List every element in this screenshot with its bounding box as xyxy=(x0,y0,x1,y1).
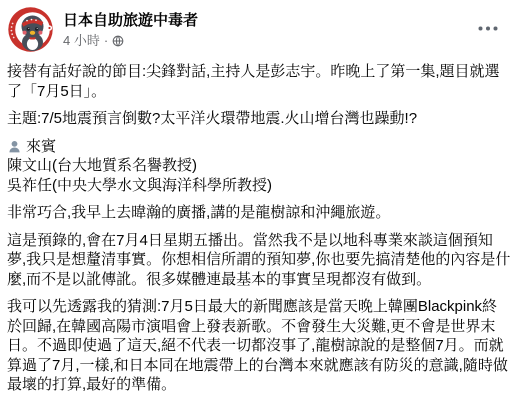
post-paragraph: 主題:7/5地震預言倒數?太平洋火環帶地震.火山增台灣也躁動!? xyxy=(7,109,511,129)
meta-separator: · xyxy=(104,33,108,49)
ellipsis-icon xyxy=(478,26,498,31)
post-content: 接替有話好說的節目:尖鋒對話,主持人是彭志宇。昨晚上了第一集,題目就選了「7月5… xyxy=(0,52,518,395)
guest-name-line: 吳祚任(中央大學水文與海洋科學所教授) xyxy=(7,176,511,196)
post-paragraph: 我可以先透露我的猜測:7月5日最大的新聞應該是當天晚上韓團Blackpink終於… xyxy=(7,297,511,395)
header-meta: 日本自助旅遊中毒者 4 小時 · xyxy=(63,7,198,49)
person-silhouette-icon xyxy=(7,138,23,154)
page-avatar[interactable] xyxy=(8,7,53,52)
post-paragraph: 這是預錄的,會在7月4日星期五播出。當然我不是以地科專業來談這個預知夢,我只是想… xyxy=(7,231,511,290)
guest-name-line: 陳文山(台大地質系名譽教授) xyxy=(7,156,511,176)
page-name-link[interactable]: 日本自助旅遊中毒者 xyxy=(63,11,198,30)
guest-section-header: 來賓 xyxy=(7,137,511,157)
facebook-post: 日本自助旅遊中毒者 4 小時 · xyxy=(0,0,518,395)
more-options-button[interactable] xyxy=(472,20,504,37)
globe-privacy-icon xyxy=(112,35,124,47)
post-header: 日本自助旅遊中毒者 4 小時 · xyxy=(0,0,518,52)
post-meta-line: 4 小時 · xyxy=(63,33,198,49)
post-timestamp[interactable]: 4 小時 xyxy=(63,33,100,49)
penguin-logo-icon xyxy=(8,7,53,52)
guest-header-label: 來賓 xyxy=(26,137,56,157)
post-paragraph: 來賓陳文山(台大地質系名譽教授)吳祚任(中央大學水文與海洋科學所教授) xyxy=(7,137,511,196)
post-paragraph: 非常巧合,我早上去暐瀚的廣播,講的是龍樹諒和沖繩旅遊。 xyxy=(7,203,511,223)
post-paragraph: 接替有話好說的節目:尖鋒對話,主持人是彭志宇。昨晚上了第一集,題目就選了「7月5… xyxy=(7,62,511,101)
